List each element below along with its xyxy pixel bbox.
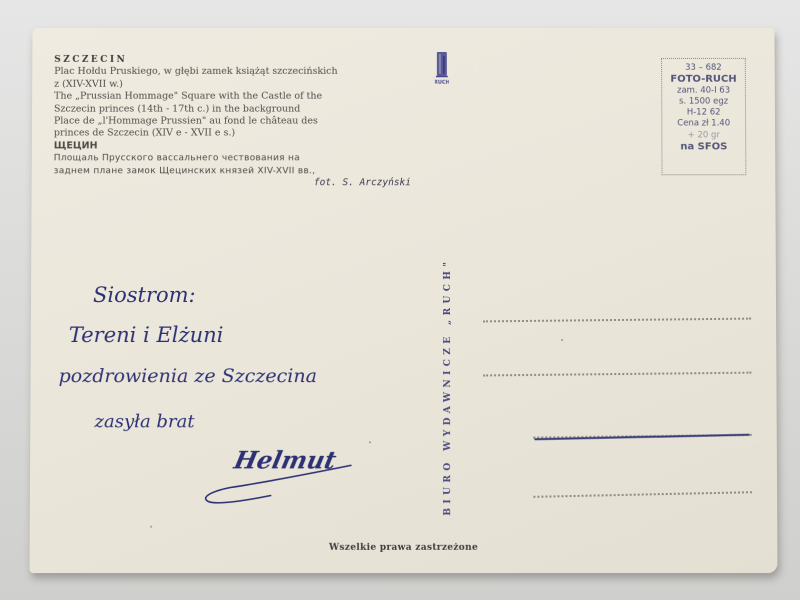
caption-english-line1: The „Prussian Hommage" Square with the C… (54, 91, 413, 103)
stamp-line7: + 20 gr (662, 130, 745, 141)
caption-french-line2: princes de Szczecin (XIV e - XVII e s.) (54, 128, 413, 140)
svg-text:RUCH: RUCH (435, 80, 449, 86)
postcard-back: SZCZECIN Plac Hołdu Pruskiego, w głębi z… (29, 28, 777, 573)
paper-speck (561, 339, 563, 341)
caption-title: SZCZECIN (54, 54, 413, 66)
stamp-line1: 33 – 682 (662, 63, 745, 74)
address-line-2 (483, 372, 751, 377)
caption-english-line2: Szczecin princes (14th - 17th c.) in the… (54, 103, 413, 115)
handwritten-greeting: Siostrom: (93, 283, 196, 307)
stamp-box: 33 – 682 FOTO-RUCH zam. 40-I 63 s. 1500 … (661, 58, 746, 175)
signature-flourish-icon (200, 437, 361, 507)
caption-polish-line1: Plac Hołdu Pruskiego, w głębi zamek ksią… (54, 66, 413, 78)
publisher-vertical-text: BIURO WYDAWNICZE „RUCH" (443, 258, 453, 516)
handwritten-greetings-line: pozdrowienia ze Szczecina (59, 365, 317, 387)
handwritten-sender-line: zasyła brat (94, 411, 194, 432)
caption-russian-line1: Площаль Прусского вассальнего чествовани… (54, 153, 413, 165)
stamp-line5: H-12 62 (662, 108, 745, 119)
address-line-1 (483, 318, 751, 323)
stamp-line8: na SFOS (662, 141, 745, 152)
rights-notice: Wszelkie prawa zastrzeżone (30, 543, 778, 553)
stamp-line2: FOTO-RUCH (662, 74, 745, 85)
handwritten-recipients: Tereni i Elżuni (69, 323, 224, 347)
photo-credit: fot. S. Arczyński (54, 177, 413, 189)
stamp-line6: Cena zł 1.40 (662, 119, 745, 130)
paper-speck (369, 441, 371, 443)
stamp-line4: s. 1500 egz (662, 97, 745, 108)
caption-polish-line2: z (XIV-XVII w.) (54, 79, 413, 91)
postcard-caption: SZCZECIN Plac Hołdu Pruskiego, w głębi z… (54, 54, 413, 190)
caption-french-line1: Place de „l'Hommage Prussien" au fond le… (54, 116, 413, 128)
caption-russian-line2: заднем плане замок Щецинских князей XIV-… (54, 165, 413, 177)
address-line-4 (533, 491, 752, 498)
ruch-tower-logo-icon: RUCH (435, 50, 449, 86)
paper-speck (150, 526, 152, 528)
stamp-line3: zam. 40-I 63 (662, 85, 745, 96)
caption-russian-title: ЩЕЦИН (54, 140, 413, 152)
